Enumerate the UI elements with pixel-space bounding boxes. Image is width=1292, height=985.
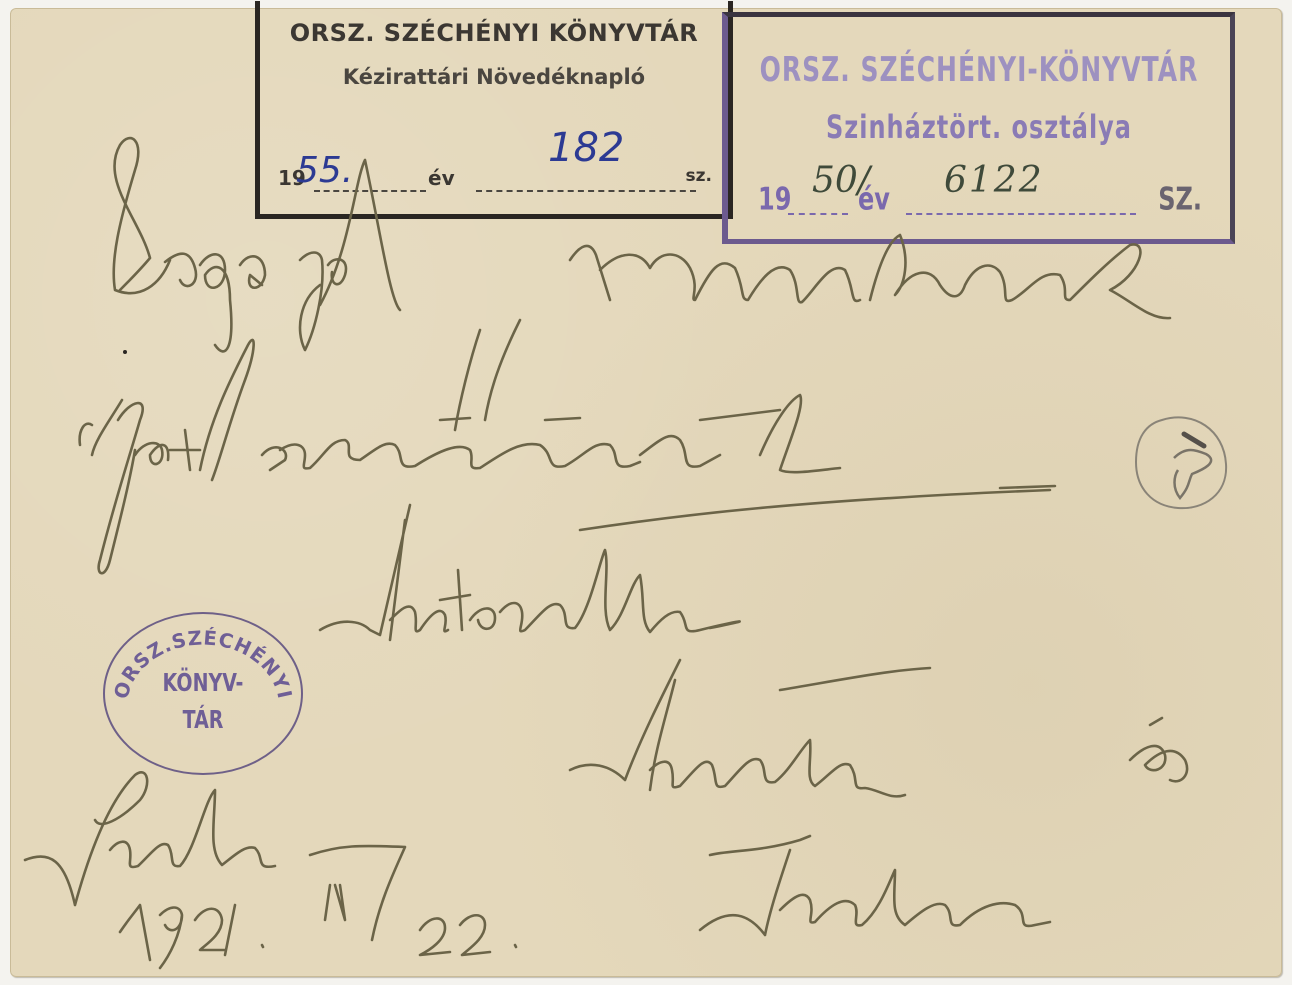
theatre-number-handwritten: 6122 <box>944 160 1044 201</box>
handwriting-transcription: Drága jó Mariankának igaz szeretettel An… <box>0 0 1 1</box>
accession-year-handwritten: 55. <box>296 150 353 191</box>
theatre-stamp-department-name: Szinháztört. osztálya <box>728 108 1230 146</box>
accession-stamp-library-name: ORSZ. SZÉCHÉNYI KÖNYVTÁR <box>260 19 728 47</box>
theatre-year-handwritten: 50/ <box>812 160 870 201</box>
number-blank-line <box>476 190 696 192</box>
accession-stamp-year-label: év <box>428 166 455 190</box>
theatre-stamp-library-name: ORSZ. SZÉCHÉNYI-KÖNYVTÁR <box>728 50 1230 89</box>
oval-stamp-line1: KÖNYV- <box>105 669 301 698</box>
theatre-dept-stamp: ORSZ. SZÉCHÉNYI-KÖNYVTÁR Szinháztört. os… <box>722 12 1235 244</box>
accession-stamp-number-suffix: sz. <box>686 166 712 186</box>
oval-stamp-line2: TÁR <box>105 706 301 735</box>
dedication-line-1: Drága jó Mariankának <box>0 0 1 1</box>
theatre-stamp-year-prefix: 19 <box>758 181 791 217</box>
theatre-stamp-number-suffix: SZ. <box>1158 181 1202 217</box>
accession-stamp-register-name: Kézirattári Növedéknapló <box>260 65 728 89</box>
pencil-circled-number <box>1132 412 1230 512</box>
number-blank-line <box>906 213 1136 215</box>
accession-number-handwritten: 182 <box>548 125 624 171</box>
library-oval-stamp: ORSZ.SZÉCHÉNYI KÖNYV- TÁR <box>103 612 303 775</box>
year-blank-line <box>788 213 848 215</box>
